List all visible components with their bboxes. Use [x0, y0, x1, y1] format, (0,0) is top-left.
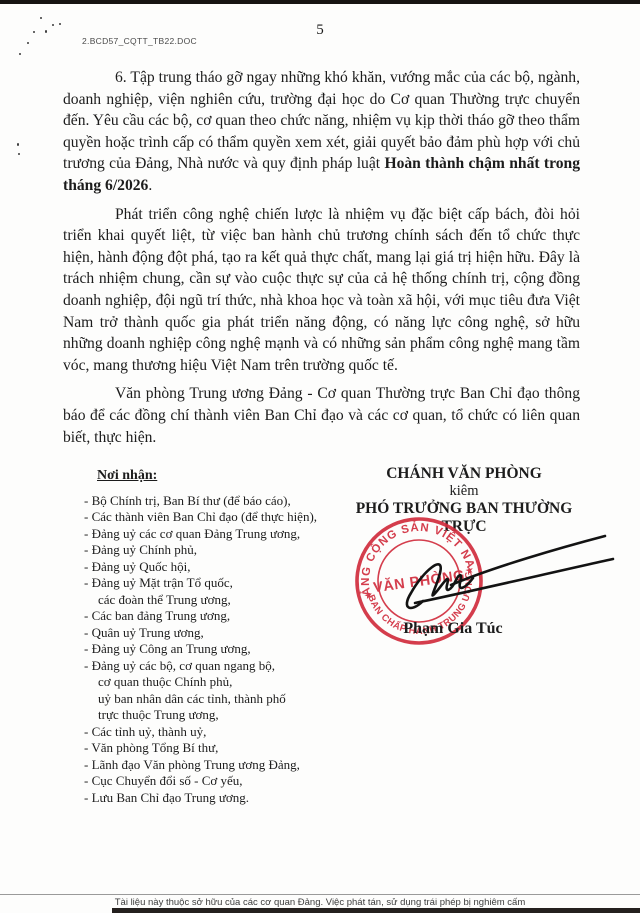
scan-artifact-top-bar	[0, 0, 640, 4]
paragraph-strategy: Phát triển công nghệ chiến lược là nhiệm…	[63, 204, 580, 377]
recipient-item: trực thuộc Trung ương,	[84, 707, 344, 724]
recipient-item: - Đảng uỷ Chính phủ,	[84, 542, 344, 559]
recipient-item: - Các tỉnh uỷ, thành uỷ,	[84, 724, 344, 741]
scan-speck	[19, 53, 21, 55]
recipient-item: - Cục Chuyển đổi số - Cơ yếu,	[84, 773, 344, 790]
document-body: 6. Tập trung tháo gỡ ngay những khó khăn…	[63, 67, 580, 455]
recipient-item: các đoàn thể Trung ương,	[84, 592, 344, 609]
recipient-item: - Đảng uỷ các cơ quan Đảng Trung ương,	[84, 526, 344, 543]
recipient-item: - Đảng uỷ Công an Trung ương,	[84, 641, 344, 658]
signer-name: Phạm Gia Túc	[338, 620, 568, 638]
paragraph-6: 6. Tập trung tháo gỡ ngay những khó khăn…	[63, 67, 580, 197]
signer-title-conjunction: kiêm	[338, 483, 590, 500]
scan-speck	[18, 153, 20, 155]
recipient-item: - Quân uỷ Trung ương,	[84, 625, 344, 642]
recipient-item: - Lưu Ban Chỉ đạo Trung ương.	[84, 790, 344, 807]
scan-speck	[40, 17, 42, 19]
footer-divider	[0, 894, 640, 895]
footer-confidentiality-note: Tài liệu này thuộc sở hữu của các cơ qua…	[0, 897, 640, 908]
signer-title-chief: CHÁNH VĂN PHÒNG	[338, 465, 590, 483]
recipient-item: - Đảng uỷ các bộ, cơ quan ngang bộ,	[84, 658, 344, 675]
recipient-item: - Bộ Chính trị, Ban Bí thư (để báo cáo),	[84, 493, 344, 510]
recipients-heading: Nơi nhận:	[97, 468, 344, 485]
recipient-item: - Văn phòng Tổng Bí thư,	[84, 740, 344, 757]
recipient-item: uỷ ban nhân dân các tỉnh, thành phố	[84, 691, 344, 708]
handwritten-signature	[393, 523, 628, 618]
recipients-list: - Bộ Chính trị, Ban Bí thư (để báo cáo),…	[84, 493, 344, 807]
scan-artifact-bottom-bar	[112, 908, 640, 913]
recipient-item: - Đảng uỷ Quốc hội,	[84, 559, 344, 576]
recipient-item: - Các ban đảng Trung ương,	[84, 608, 344, 625]
scan-speck	[17, 143, 19, 146]
recipients-section: Nơi nhận: - Bộ Chính trị, Ban Bí thư (để…	[84, 468, 344, 806]
recipient-item: - Các thành viên Ban Chỉ đạo (để thực hi…	[84, 509, 344, 526]
paragraph-6-tail: .	[148, 177, 152, 194]
recipient-item: cơ quan thuộc Chính phủ,	[84, 674, 344, 691]
scan-speck	[27, 42, 29, 44]
recipient-item: - Lãnh đạo Văn phòng Trung ương Đảng,	[84, 757, 344, 774]
recipient-item: - Đảng uỷ Mặt trận Tổ quốc,	[84, 575, 344, 592]
page-number: 5	[0, 22, 640, 39]
paragraph-notice: Văn phòng Trung ương Đảng - Cơ quan Thườ…	[63, 383, 580, 448]
